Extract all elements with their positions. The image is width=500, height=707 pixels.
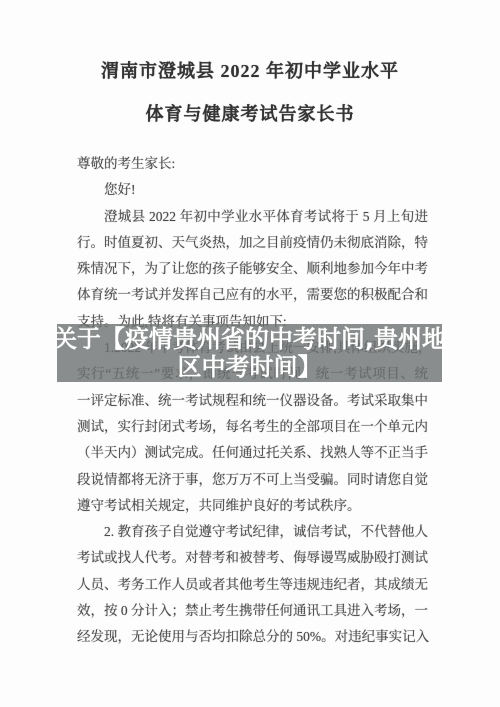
body-line: 体育统一考试并发挥自己应有的水平，需要您的积极配合和 — [77, 282, 428, 308]
document-page: 渭南市澄城县 2022 年初中学业水平 体育与健康考试告家长书 尊敬的考生家长:… — [0, 0, 500, 707]
body-line: （半天内）测试完成。任何通过托关系、找熟人等不正当手 — [77, 440, 428, 466]
caption-overlay-banner: 关于【疫情贵州省的中考时间,贵州地 区中考时间】 — [57, 324, 442, 382]
body-line: 您好! — [77, 177, 428, 203]
caption-overlay-line2: 区中考时间】 — [178, 353, 322, 381]
body-line: 2. 教育孩子自觉遵守考试纪律，诚信考试，不代替他人 — [77, 519, 428, 545]
document-body: 尊敬的考生家长: 您好! 澄城县 2022 年初中学业水平体育考试将于 5 月上… — [77, 151, 428, 651]
body-line: 一评定标准、统一考试规程和统一仪器设备。考试采取集中 — [77, 388, 428, 414]
document-title-line2: 体育与健康考试告家长书 — [0, 80, 500, 123]
body-line: 行。时值夏初、天气炎热，加之目前疫情仍未彻底消除，特 — [77, 230, 428, 256]
body-line: 澄城县 2022 年初中学业水平体育考试将于 5 月上旬进 — [77, 204, 428, 230]
body-line: 效，按 0 分计入；禁止考生携带任何通讯工具进入考场，一 — [77, 598, 428, 624]
body-line: 测试，实行封闭式考场，每名考生的全部项目在一个单元内 — [77, 414, 428, 440]
caption-overlay-line1: 关于【疫情贵州省的中考时间,贵州地 — [53, 325, 446, 353]
body-line: 经发现，无论使用与否均扣除总分的 50%。对违纪事实记入 — [77, 624, 428, 650]
body-line: 殊情况下，为了让您的孩子能够安全、顺利地参加今年中考 — [77, 256, 428, 282]
body-line: 段说情都将无济于事，您万万不可上当受骗。同时请您自觉 — [77, 467, 428, 493]
document-title-line1: 渭南市澄城县 2022 年初中学业水平 — [0, 0, 500, 80]
body-line: 考试或找人代考。对替考和被替考、侮辱谩骂威胁殴打测试 — [77, 545, 428, 571]
body-line: 遵守考试相关规定，共同维护良好的考试秩序。 — [77, 493, 428, 519]
body-line-salutation: 尊敬的考生家长: — [77, 151, 428, 177]
body-line: 人员、考务工作人员或者其他考生等违规违纪者，其成绩无 — [77, 572, 428, 598]
